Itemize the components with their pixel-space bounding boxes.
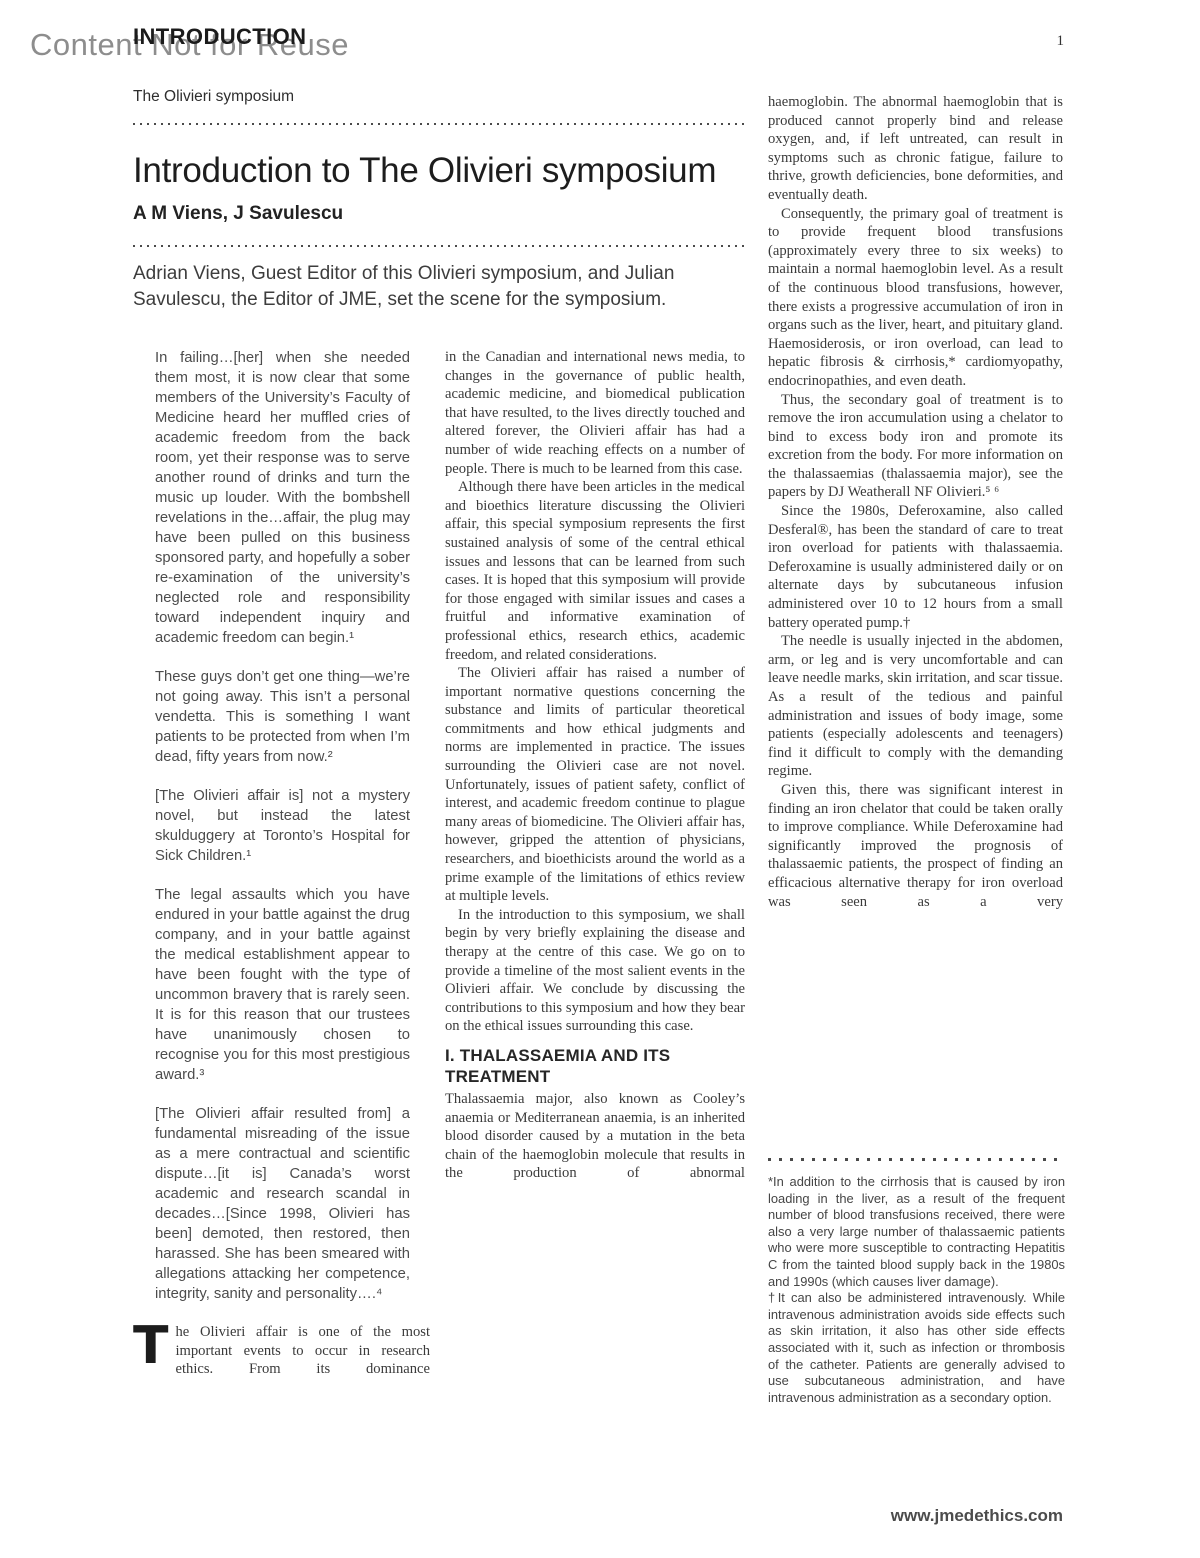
body-paragraph: Given this, there was significant intere… <box>768 781 1063 911</box>
body-paragraph: in the Canadian and international news m… <box>445 348 745 478</box>
dotted-rule <box>133 123 747 125</box>
standfirst: Adrian Viens, Guest Editor of this Olivi… <box>133 261 747 313</box>
pull-quote-2: These guys don’t get one thing—we’re not… <box>155 667 410 767</box>
drop-cap: T <box>133 1325 168 1367</box>
footnote-dagger: †It can also be administered intravenous… <box>768 1290 1065 1406</box>
body-paragraph: Thus, the secondary goal of treatment is… <box>768 391 1063 503</box>
pull-quote-5: [The Olivieri affair resulted from] a fu… <box>155 1104 410 1304</box>
section-heading-thalassaemia: I. THALASSAEMIA AND ITS TREATMENT <box>445 1045 745 1087</box>
opening-paragraph-text: he Olivieri affair is one of the most im… <box>175 1324 430 1377</box>
body-paragraph: The needle is usually injected in the ab… <box>768 632 1063 781</box>
pull-quote-4: The legal assaults which you have endure… <box>155 885 410 1085</box>
body-paragraph: Although there have been articles in the… <box>445 478 745 664</box>
body-paragraph: In the introduction to this symposium, w… <box>445 906 745 1036</box>
footnote-asterisk: *In addition to the cirrhosis that is ca… <box>768 1174 1065 1290</box>
opening-paragraph: The Olivieri affair is one of the most i… <box>133 1323 430 1379</box>
body-paragraph: Thalassaemia major, also known as Cooley… <box>445 1090 745 1183</box>
article-header: The Olivieri symposium Introduction to T… <box>133 88 747 313</box>
article-title: Introduction to The Olivieri symposium <box>133 151 747 191</box>
pull-quote-3: [The Olivieri affair is] not a mystery n… <box>155 786 410 866</box>
body-paragraph: Consequently, the primary goal of treatm… <box>768 205 1063 391</box>
journal-page: Content Not for Reuse INTRODUCTION 1 The… <box>0 0 1200 1558</box>
body-paragraph: Since the 1980s, Deferoxamine, also call… <box>768 502 1063 632</box>
page-number: 1 <box>1040 33 1064 50</box>
column-right: haemoglobin. The abnormal haemoglobin th… <box>768 93 1063 1153</box>
footnotes-block: *In addition to the cirrhosis that is ca… <box>768 1158 1065 1406</box>
pull-quote-1: In failing…[her] when she needed them mo… <box>155 348 410 648</box>
article-authors: A M Viens, J Savulescu <box>133 203 747 225</box>
column-left-quotes: In failing…[her] when she needed them mo… <box>133 348 430 1379</box>
journal-url: www.jmedethics.com <box>763 1506 1063 1526</box>
series-title: The Olivieri symposium <box>133 88 747 106</box>
dotted-rule <box>133 245 747 247</box>
column-middle: in the Canadian and international news m… <box>445 348 745 1183</box>
body-paragraph: The Olivieri affair has raised a number … <box>445 664 745 906</box>
running-head-section: INTRODUCTION <box>133 24 306 50</box>
footnote-dotted-rule <box>768 1158 1060 1161</box>
body-paragraph: haemoglobin. The abnormal haemoglobin th… <box>768 93 1063 205</box>
